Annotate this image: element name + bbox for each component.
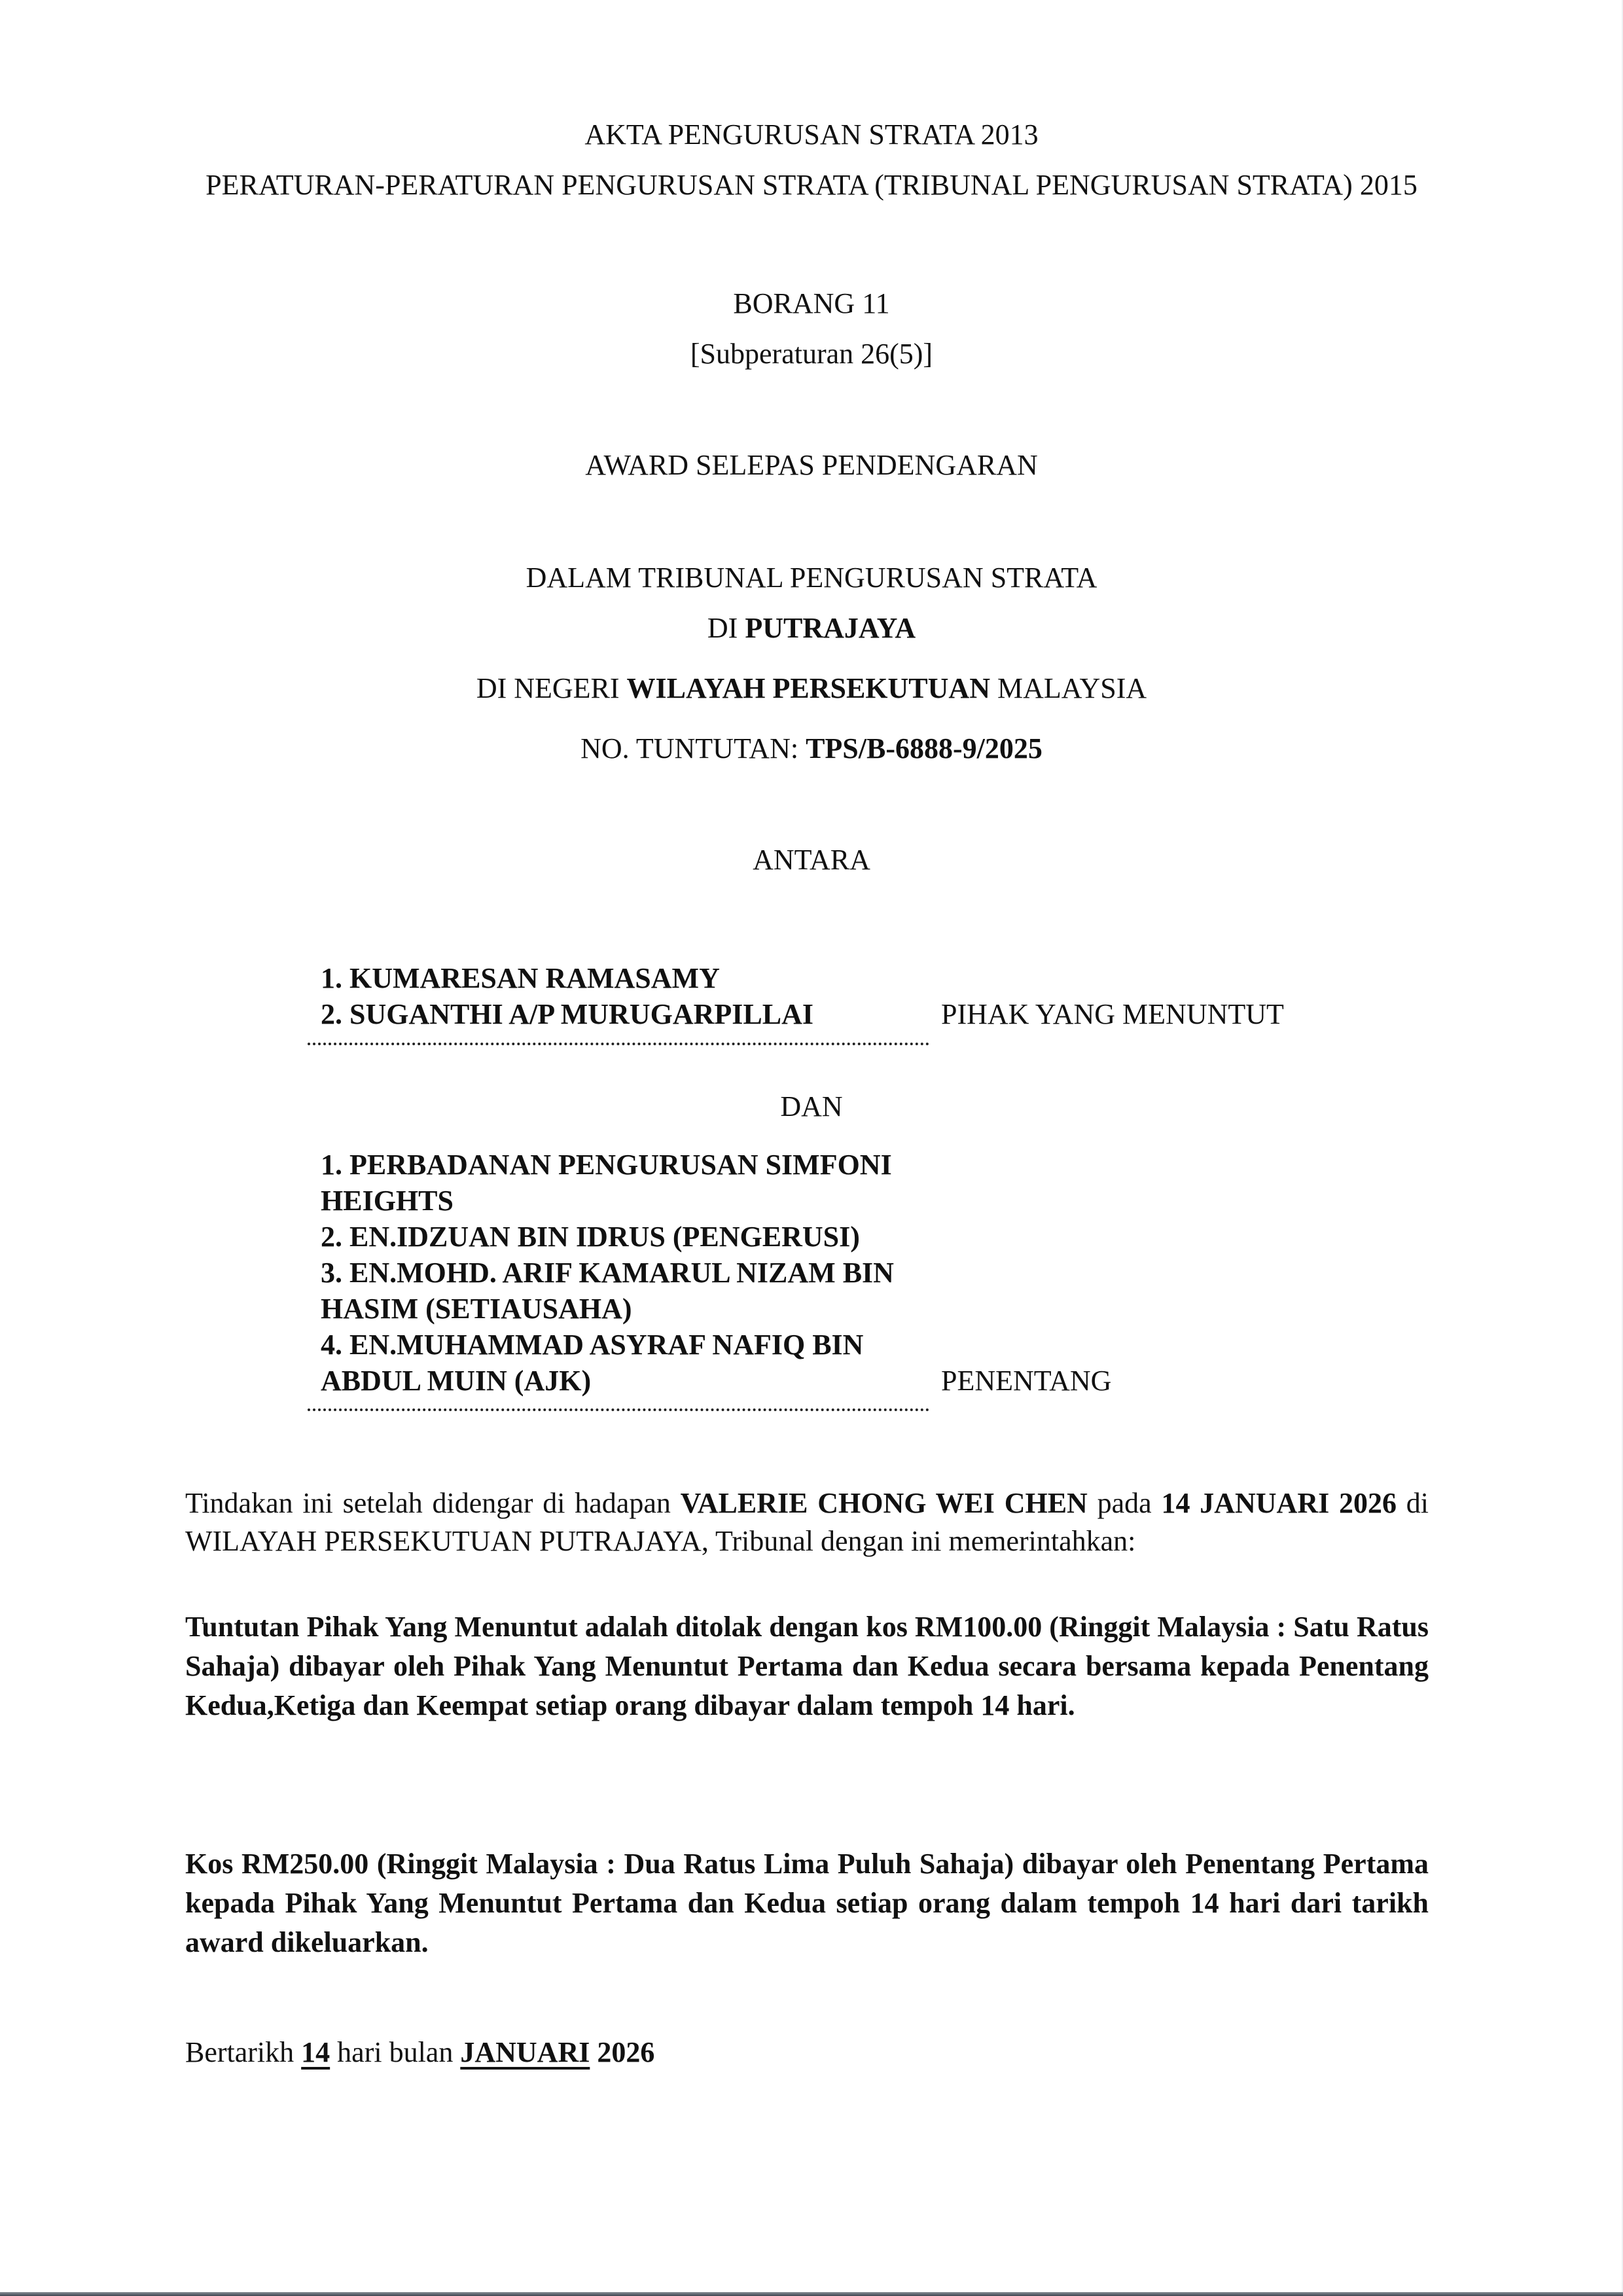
dated-month: JANUARI bbox=[460, 2036, 590, 2068]
claimant-2: 2. SUGANTHI A/P MURUGARPILLAI bbox=[321, 996, 949, 1032]
and-label: DAN bbox=[0, 1090, 1623, 1124]
claimants-role-label: PIHAK YANG MENUNTUT bbox=[941, 996, 1284, 1032]
regulations-title: PERATURAN-PERATURAN PENGURUSAN STRATA (T… bbox=[0, 168, 1623, 202]
respondents-role-label: PENENTANG bbox=[941, 1363, 1111, 1399]
tribunal-location: DI PUTRAJAYA bbox=[0, 611, 1623, 645]
award-title: AWARD SELEPAS PENDENGARAN bbox=[0, 448, 1623, 482]
order-1: Tuntutan Pihak Yang Menuntut adalah dito… bbox=[185, 1607, 1429, 1725]
claim-number: NO. TUNTUTAN: TPS/B-6888-9/2025 bbox=[0, 732, 1623, 766]
hearing-paragraph: Tindakan ini setelah didengar di hadapan… bbox=[185, 1484, 1429, 1560]
form-number: BORANG 11 bbox=[0, 287, 1623, 321]
dated-line: Bertarikh 14 hari bulan JANUARI 2026 bbox=[185, 2033, 1429, 2072]
respondent-4: 4. EN.MUHAMMAD ASYRAF NAFIQ BIN ABDUL MU… bbox=[321, 1327, 949, 1399]
hearing-date: 14 JANUARI 2026 bbox=[1161, 1487, 1397, 1519]
dated-year: 2026 bbox=[590, 2036, 654, 2068]
respondent-3: 3. EN.MOHD. ARIF KAMARUL NIZAM BIN HASIM… bbox=[321, 1255, 949, 1327]
scan-edge-bottom bbox=[0, 2292, 1623, 2296]
claimants-divider bbox=[308, 1043, 929, 1045]
respondent-2: 2. EN.IDZUAN BIN IDRUS (PENGERUSI) bbox=[321, 1219, 949, 1255]
subregulation-reference: [Subperaturan 26(5)] bbox=[0, 337, 1623, 371]
document-page: AKTA PENGURUSAN STRATA 2013 PERATURAN-PE… bbox=[0, 0, 1623, 2296]
claimant-1: 1. KUMARESAN RAMASAMY bbox=[321, 960, 949, 996]
order-2: Kos RM250.00 (Ringgit Malaysia : Dua Rat… bbox=[185, 1844, 1429, 1962]
presiding-member: VALERIE CHONG WEI CHEN bbox=[681, 1487, 1088, 1519]
tribunal-name: DALAM TRIBUNAL PENGURUSAN STRATA bbox=[0, 561, 1623, 595]
between-label: ANTARA bbox=[0, 843, 1623, 877]
respondents-list: 1. PERBADANAN PENGURUSAN SIMFONI HEIGHTS… bbox=[321, 1147, 949, 1399]
dated-day: 14 bbox=[301, 2036, 330, 2068]
claimants-list: 1. KUMARESAN RAMASAMY 2. SUGANTHI A/P MU… bbox=[321, 960, 949, 1032]
act-title: AKTA PENGURUSAN STRATA 2013 bbox=[0, 118, 1623, 152]
respondents-divider bbox=[308, 1408, 929, 1411]
respondent-1: 1. PERBADANAN PENGURUSAN SIMFONI HEIGHTS bbox=[321, 1147, 949, 1219]
tribunal-state: DI NEGERI WILAYAH PERSEKUTUAN MALAYSIA bbox=[0, 672, 1623, 706]
